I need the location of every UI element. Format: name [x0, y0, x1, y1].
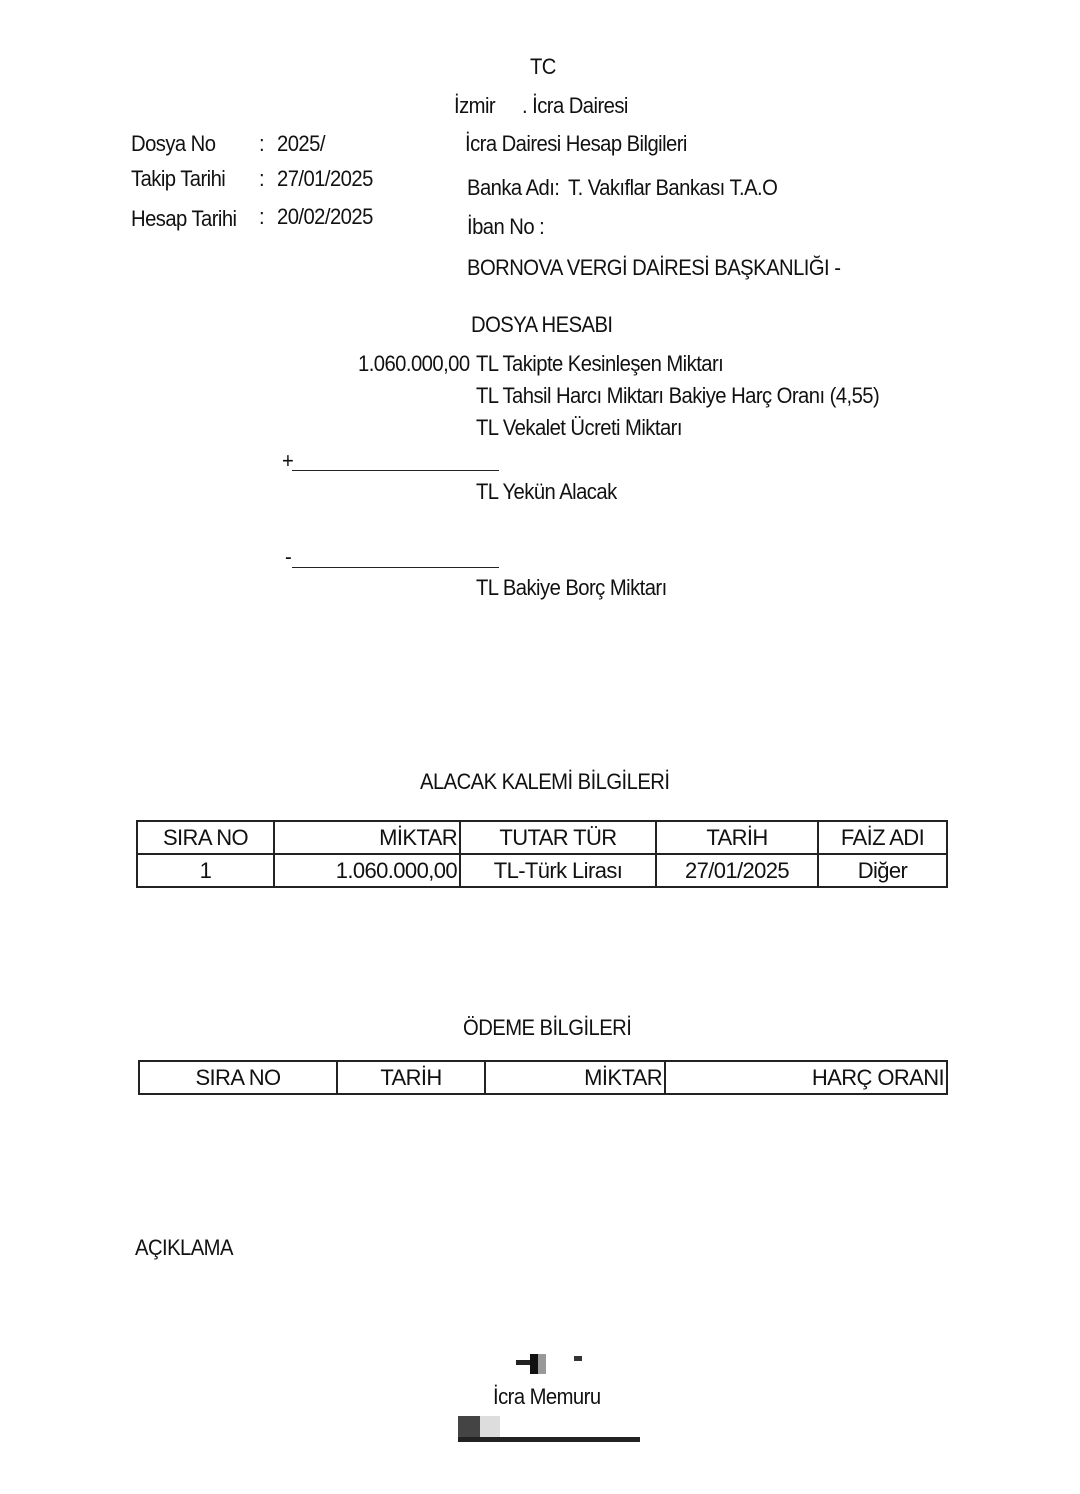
header-faiz-adi: FAİZ ADI — [818, 821, 947, 854]
cell-miktar: 1.060.000,00 — [274, 854, 460, 887]
redaction-mark — [530, 1354, 538, 1374]
bank-name-value: T. Vakıflar Bankası T.A.O — [568, 177, 777, 199]
yekun-alacak-text: TL Yekün Alacak — [476, 481, 617, 503]
header-tarih: TARİH — [337, 1061, 485, 1094]
redaction-mark — [538, 1354, 546, 1374]
redaction-mark — [516, 1360, 530, 1365]
odeme-table-header: SIRA NO TARİH MİKTAR HARÇ ORANI — [139, 1061, 947, 1094]
header-miktar: MİKTAR — [485, 1061, 665, 1094]
header-office: . İcra Dairesi — [522, 95, 628, 117]
cell-faiz-adi: Diğer — [818, 854, 947, 887]
header-city: İzmir — [454, 95, 495, 117]
difference-line — [292, 567, 499, 568]
takip-tarihi-separator: : — [259, 168, 264, 190]
account-owner: BORNOVA VERGİ DAİRESİ BAŞKANLIĞI - — [467, 257, 840, 279]
sum-line — [292, 470, 499, 471]
vekalet-ucreti-text: TL Vekalet Ücreti Miktarı — [476, 417, 682, 439]
alacak-title: ALACAK KALEMİ BİLGİLERİ — [420, 771, 669, 793]
alacak-table: SIRA NO MİKTAR TUTAR TÜR TARİH FAİZ ADI … — [136, 820, 948, 888]
cell-tutar-tur: TL-Türk Lirası — [460, 854, 656, 887]
hesap-tarihi-value: 20/02/2025 — [277, 206, 373, 228]
redaction-block — [480, 1416, 500, 1438]
redaction-bar — [458, 1437, 640, 1442]
aciklama-label: AÇIKLAMA — [135, 1237, 233, 1259]
cell-tarih: 27/01/2025 — [656, 854, 818, 887]
hesap-tarihi-label: Hesap Tarihi — [131, 208, 237, 230]
header-country: TC — [530, 56, 556, 78]
signature-title: İcra Memuru — [493, 1386, 601, 1408]
table-row: 1 1.060.000,00 TL-Türk Lirası 27/01/2025… — [137, 854, 947, 887]
header-sira-no: SIRA NO — [139, 1061, 337, 1094]
odeme-title: ÖDEME BİLGİLERİ — [463, 1017, 631, 1039]
alacak-table-header: SIRA NO MİKTAR TUTAR TÜR TARİH FAİZ ADI — [137, 821, 947, 854]
header-miktar: MİKTAR — [274, 821, 460, 854]
tahsil-harci-text: TL Tahsil Harcı Miktarı Bakiye Harç Oran… — [476, 385, 879, 407]
takip-tarihi-value: 27/01/2025 — [277, 168, 373, 190]
takip-tarihi-label: Takip Tarihi — [131, 168, 225, 190]
hesap-tarihi-separator: : — [259, 206, 264, 228]
header-tutar-tur: TUTAR TÜR — [460, 821, 656, 854]
header-tarih: TARİH — [656, 821, 818, 854]
dosya-no-separator: : — [259, 133, 264, 155]
bank-info-title: İcra Dairesi Hesap Bilgileri — [465, 133, 687, 155]
cell-sira-no: 1 — [137, 854, 274, 887]
bank-name-label: Banka Adı: — [467, 177, 559, 199]
header-sira-no: SIRA NO — [137, 821, 274, 854]
bakiye-borc-text: TL Bakiye Borç Miktarı — [476, 577, 667, 599]
redaction-mark — [574, 1356, 582, 1361]
header-harc-orani: HARÇ ORANI — [665, 1061, 947, 1094]
iban-label: İban No : — [467, 216, 544, 238]
plus-sign: + — [282, 450, 293, 472]
dosya-no-value: 2025/ — [277, 133, 325, 155]
dosya-no-label: Dosya No — [131, 133, 215, 155]
dosya-hesabi-title: DOSYA HESABI — [471, 314, 612, 336]
kesinlesen-text: TL Takipte Kesinleşen Miktarı — [476, 353, 723, 375]
odeme-table: SIRA NO TARİH MİKTAR HARÇ ORANI — [138, 1060, 948, 1095]
minus-sign: - — [285, 546, 291, 568]
kesinlesen-amount: 1.060.000,00 — [358, 353, 470, 375]
